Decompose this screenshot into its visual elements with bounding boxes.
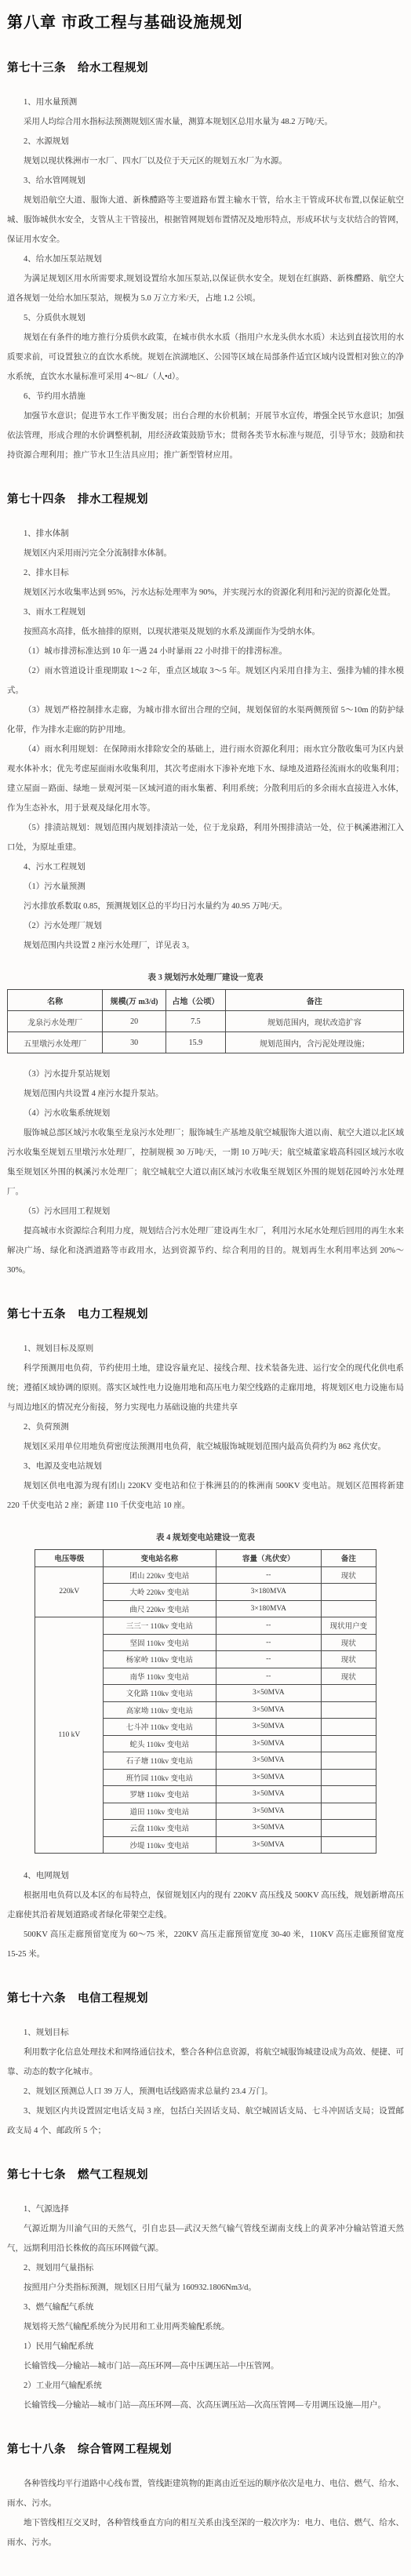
paragraph: 1、用水量预测 bbox=[7, 93, 404, 112]
table-header-cell: 电压等级 bbox=[35, 1550, 104, 1567]
table-cell: 3×50MVA bbox=[216, 1735, 322, 1752]
paragraph: 3、给水管网规划 bbox=[7, 171, 404, 191]
table-header-cell: 规模(万 m3/d) bbox=[103, 990, 166, 1011]
article-78-heading: 第七十八条 综合管网工程规划 bbox=[7, 2440, 404, 2457]
table-cell: 3×50MVA bbox=[216, 1820, 322, 1837]
paragraph: 1、规划目标及原则 bbox=[7, 1339, 404, 1359]
table-cell: 七斗冲 110kv 变电站 bbox=[104, 1719, 216, 1736]
paragraph: 4、给水加压泵站规划 bbox=[7, 249, 404, 269]
paragraph: 5、分质供水规划 bbox=[7, 308, 404, 328]
table-cell bbox=[322, 1836, 376, 1854]
table-cell bbox=[322, 1803, 376, 1820]
table-cell: -- bbox=[216, 1566, 322, 1584]
paragraph: 2、负荷预测 bbox=[7, 1417, 404, 1437]
paragraph: （5）排渍站规划：规划范围内规划排渍站一处，位于龙泉路，利用外围排渍站一处，位于… bbox=[7, 818, 404, 857]
table-header-row: 电压等级 变电站名称 容量（兆伏安） 备注 bbox=[35, 1550, 376, 1567]
paragraph: 2、规划区预测总人口 39 万人，预测电话线路需求总量约 23.4 万门。 bbox=[7, 2082, 404, 2101]
table-cell: 3×50MVA bbox=[216, 1701, 322, 1719]
table-cell: 沙堤 110kv 变电站 bbox=[104, 1836, 216, 1854]
table-cell bbox=[322, 1701, 376, 1719]
table-cell bbox=[322, 1820, 376, 1837]
article-76-heading: 第七十六条 电信工程规划 bbox=[7, 1989, 404, 2006]
table-cell: 3×180MVA bbox=[216, 1584, 322, 1601]
table-cell: 杨家岭 110kv 变电站 bbox=[104, 1651, 216, 1668]
paragraph: 2、规划用气量指标 bbox=[7, 2258, 404, 2278]
table-cell: 五里墩污水处理厂 bbox=[8, 1032, 103, 1053]
table-cell: -- bbox=[216, 1668, 322, 1685]
paragraph: （2）雨水管道设计重现期取 1～2 年，重点区域取 3～5 年。规划区内采用自排… bbox=[7, 661, 404, 700]
table-row: 220kV 团山 220kv 变电站 -- 现状 bbox=[35, 1566, 376, 1584]
paragraph: （3）污水提升泵站规划 bbox=[7, 1064, 404, 1084]
table-cell: 坚固 110kv 变电站 bbox=[104, 1634, 216, 1651]
table-cell: 3×50MVA bbox=[216, 1836, 322, 1854]
table-cell: 30 bbox=[103, 1032, 166, 1053]
table-header-cell: 备注 bbox=[225, 990, 403, 1011]
article-77-heading: 第七十七条 燃气工程规划 bbox=[7, 2166, 404, 2182]
table-cell bbox=[322, 1769, 376, 1786]
table-cell: 大岭 220kv 变电站 bbox=[104, 1584, 216, 1601]
paragraph: 1、排水体制 bbox=[7, 524, 404, 544]
table-cell: 20 bbox=[103, 1011, 166, 1032]
paragraph: 采用人均综合用水指标法预测规划区需水量，测算本规划区总用水量为 48.2 万吨/… bbox=[7, 112, 404, 132]
table-cell: -- bbox=[216, 1634, 322, 1651]
table-cell: 3×50MVA bbox=[216, 1786, 322, 1803]
paragraph: 规划以现状株洲市一水厂、四水厂以及位于天元区的规划五水厂为水源。 bbox=[7, 151, 404, 171]
paragraph: 加强节水意识；促进节水工作平衡发展；出台合理的水价机制；开展节水宣传，增强全民节… bbox=[7, 406, 404, 465]
paragraph: 2）工业用气输配系统 bbox=[7, 2376, 404, 2396]
paragraph: （1）污水量预测 bbox=[7, 877, 404, 897]
paragraph: 3、雨水工程规划 bbox=[7, 602, 404, 622]
paragraph: 规划范围内共设置 4 座污水提升泵站。 bbox=[7, 1084, 404, 1104]
table-cell: 蛇头 110kv 变电站 bbox=[104, 1735, 216, 1752]
paragraph: 3、燃气输配气系统 bbox=[7, 2298, 404, 2317]
paragraph: 3、规划区内共设置固定电话支局 3 座，包括白关固话支局、航空城固话支局、七斗冲… bbox=[7, 2101, 404, 2141]
voltage-level-cell: 220kV bbox=[35, 1566, 104, 1617]
table-cell: 文化路 110kv 变电站 bbox=[104, 1685, 216, 1702]
paragraph: （4）污水收集系统规划 bbox=[7, 1104, 404, 1123]
table-cell: 三三一 110kv 变电站 bbox=[104, 1617, 216, 1635]
table-cell: 云盘 110kv 变电站 bbox=[104, 1820, 216, 1837]
paragraph: 为满足规划区用水所需要求,规划设置给水加压泵站,以保证供水安全。规划在红旗路、新… bbox=[7, 269, 404, 308]
paragraph: （1）城市排涝标准达到 10 年一遇 24 小时暴雨 22 小时排干的排涝标准。 bbox=[7, 642, 404, 661]
paragraph: 规划区内采用雨污完全分流制排水体制。 bbox=[7, 544, 404, 563]
paragraph: （4）雨水利用规划：在保障雨水排除安全的基础上，进行雨水资源化利用；雨水宜分散收… bbox=[7, 740, 404, 818]
table-cell bbox=[322, 1600, 376, 1617]
table-cell: 团山 220kv 变电站 bbox=[104, 1566, 216, 1584]
article-75-heading: 第七十五条 电力工程规划 bbox=[7, 1305, 404, 1322]
paragraph: 服饰城总部区域污水收集至龙泉污水处理厂；服饰城生产基地及航空城服饰大道以南、航空… bbox=[7, 1123, 404, 1202]
table-header-cell: 容量（兆伏安） bbox=[216, 1550, 322, 1567]
table-cell: 道田 110kv 变电站 bbox=[104, 1803, 216, 1820]
paragraph: 规划沿航空大道、服饰大道、新株醴路等主要道路布置主输水干管，给水主干管成环状布置… bbox=[7, 191, 404, 249]
table-cell: 南华 110kv 变电站 bbox=[104, 1668, 216, 1685]
paragraph: （2）污水处理厂规划 bbox=[7, 916, 404, 936]
table-cell: 3×50MVA bbox=[216, 1752, 322, 1770]
paragraph: 规划将天然气输配系统分为民用和工业用两类输配系统。 bbox=[7, 2317, 404, 2337]
chapter-title: 第八章 市政工程与基础设施规划 bbox=[7, 9, 404, 32]
paragraph: 规划在有条件的地方推行分质供水政策，在城市供水水质（指用户水龙头供水水质）未达到… bbox=[7, 328, 404, 387]
table-cell: 3×180MVA bbox=[216, 1600, 322, 1617]
paragraph: 各种管线均平行道路中心线布置，管线距建筑物的距离由近至远的顺序依次是电力、电信、… bbox=[7, 2474, 404, 2513]
table-cell: 规划范围内，含污泥处理设施； bbox=[225, 1032, 403, 1053]
substation-table-caption: 表 4 规划变电站建设一览表 bbox=[7, 1531, 404, 1543]
paragraph: 提高城市水资源综合利用力度，规划结合污水处理厂建设再生水厂，利用污水尾水处理后回… bbox=[7, 1221, 404, 1280]
paragraph: 长输管线—分输站—城市门站—高压环网—高、次高压调压站—次高压管网—专用调压设施… bbox=[7, 2396, 404, 2415]
table-cell: 7.5 bbox=[165, 1011, 225, 1032]
paragraph: 1、气源选择 bbox=[7, 2199, 404, 2219]
table-cell: 高家坳 110kv 变电站 bbox=[104, 1701, 216, 1719]
paragraph: 长输管线—分输站—城市门站—高压环网—高中压调压站—中压管网。 bbox=[7, 2356, 404, 2376]
paragraph: 1）民用气输配系统 bbox=[7, 2337, 404, 2356]
paragraph: 4、电网规划 bbox=[7, 1866, 404, 1886]
paragraph: 规划区采用单位用地负荷密度法预测用电负荷，航空城服饰城规划范围内最高负荷约为 8… bbox=[7, 1437, 404, 1457]
table-header-cell: 备注 bbox=[322, 1550, 376, 1567]
table-cell: 现状 bbox=[322, 1634, 376, 1651]
table-cell: 3×50MVA bbox=[216, 1685, 322, 1702]
table-cell: 规划范围内，现状改造扩容 bbox=[225, 1011, 403, 1032]
table-cell bbox=[322, 1584, 376, 1601]
paragraph: 3、电源及变电站规划 bbox=[7, 1457, 404, 1476]
paragraph: 规划范围内共设置 2 座污水处理厂，详见表 3。 bbox=[7, 936, 404, 955]
table-cell: 班竹园 110kv 变电站 bbox=[104, 1769, 216, 1786]
table-header-cell: 占地（公顷） bbox=[165, 990, 225, 1011]
table-cell: 龙泉污水处理厂 bbox=[8, 1011, 103, 1032]
paragraph: 4、污水工程规划 bbox=[7, 857, 404, 877]
paragraph: 1、规划目标 bbox=[7, 2023, 404, 2043]
paragraph: （3）规划严格控制排水走廊，为城市排水留出合理的空间，规划保留的水渠两侧预留 5… bbox=[7, 700, 404, 740]
table-cell: 现状 bbox=[322, 1566, 376, 1584]
table-header-cell: 变电站名称 bbox=[104, 1550, 216, 1567]
table-row: 龙泉污水处理厂 20 7.5 规划范围内，现状改造扩容 bbox=[8, 1011, 404, 1032]
article-73-heading: 第七十三条 给水工程规划 bbox=[7, 59, 404, 75]
paragraph: 污水排放系数取 0.85，预测规划区总的平均日污水量约为 40.95 万吨/天。 bbox=[7, 897, 404, 916]
paragraph: 2、水源规划 bbox=[7, 132, 404, 151]
paragraph: 地下管线相互交叉时，各种管线垂直方向的相互关系由浅至深的一般次序为：电力、电信、… bbox=[7, 2513, 404, 2552]
paragraph: 按照高水高排，低水抽排的原则，以现状港渠及规划的水系及湖面作为受纳水体。 bbox=[7, 622, 404, 642]
paragraph: 按照用户分类指标预测，规划区日用气量为 160932.1806Nm3/d。 bbox=[7, 2278, 404, 2298]
table-cell: 3×50MVA bbox=[216, 1803, 322, 1820]
table-header-cell: 名称 bbox=[8, 990, 103, 1011]
sewage-plant-table: 名称 规模(万 m3/d) 占地（公顷） 备注 龙泉污水处理厂 20 7.5 规… bbox=[7, 989, 404, 1053]
paragraph: 根据用电负荷以及本区的布局特点，保留规划区内的现有 220KV 高压线及 500… bbox=[7, 1886, 404, 1925]
paragraph: （5）污水回用工程规划 bbox=[7, 1202, 404, 1221]
table-cell: 石子塘 110kv 变电站 bbox=[104, 1752, 216, 1770]
table-cell: 曲尺 220kv 变电站 bbox=[104, 1600, 216, 1617]
document-page: 第八章 市政工程与基础设施规划 第七十三条 给水工程规划 1、用水量预测 采用人… bbox=[0, 0, 411, 2576]
table-cell bbox=[322, 1786, 376, 1803]
table-cell: 罗塘 110kv 变电站 bbox=[104, 1786, 216, 1803]
paragraph: 500KV 高压走廊预留宽度为 60～75 米，220KV 高压走廊预留宽度 3… bbox=[7, 1925, 404, 1964]
table-cell: -- bbox=[216, 1651, 322, 1668]
paragraph: 规划区污水收集率达到 95%，污水达标处理率为 90%，并实现污水的资源化利用和… bbox=[7, 583, 404, 602]
paragraph: 科学预测用电负荷，节约使用土地，建设容量充足、接线合理、技术装备先进、运行安全的… bbox=[7, 1359, 404, 1417]
paragraph: 2、排水目标 bbox=[7, 563, 404, 583]
paragraph: 利用数字化信息处理技术和网络通信技术，整合各种信息资源，将航空城服饰城建设成为高… bbox=[7, 2043, 404, 2082]
voltage-level-cell: 110 kV bbox=[35, 1617, 104, 1854]
table-cell bbox=[322, 1735, 376, 1752]
article-74-heading: 第七十四条 排水工程规划 bbox=[7, 490, 404, 507]
sewage-plant-table-caption: 表 3 规划污水处理厂建设一览表 bbox=[7, 971, 404, 983]
table-cell bbox=[322, 1685, 376, 1702]
paragraph: 气源近期为川渝气田的天然气，引自忠县—武汉天然气输气管线至湖南支线上的黄茅冲分输… bbox=[7, 2219, 404, 2258]
substation-table: 电压等级 变电站名称 容量（兆伏安） 备注 220kV 团山 220kv 变电站… bbox=[35, 1549, 376, 1854]
paragraph: 规划区供电电源为现有团山 220KV 变电站和位于株洲县的的株洲南 500KV … bbox=[7, 1476, 404, 1515]
table-cell bbox=[322, 1752, 376, 1770]
table-cell bbox=[322, 1719, 376, 1736]
table-row: 110 kV 三三一 110kv 变电站 -- 现状用户变 bbox=[35, 1617, 376, 1635]
table-cell: 15.9 bbox=[165, 1032, 225, 1053]
table-cell: 现状用户变 bbox=[322, 1617, 376, 1635]
table-row: 五里墩污水处理厂 30 15.9 规划范围内，含污泥处理设施； bbox=[8, 1032, 404, 1053]
table-header-row: 名称 规模(万 m3/d) 占地（公顷） 备注 bbox=[8, 990, 404, 1011]
table-cell: -- bbox=[216, 1617, 322, 1635]
table-cell: 3×50MVA bbox=[216, 1769, 322, 1786]
table-cell: 3×50MVA bbox=[216, 1719, 322, 1736]
table-cell: 现状 bbox=[322, 1651, 376, 1668]
table-cell: 现状 bbox=[322, 1668, 376, 1685]
paragraph: 6、节约用水措施 bbox=[7, 387, 404, 406]
